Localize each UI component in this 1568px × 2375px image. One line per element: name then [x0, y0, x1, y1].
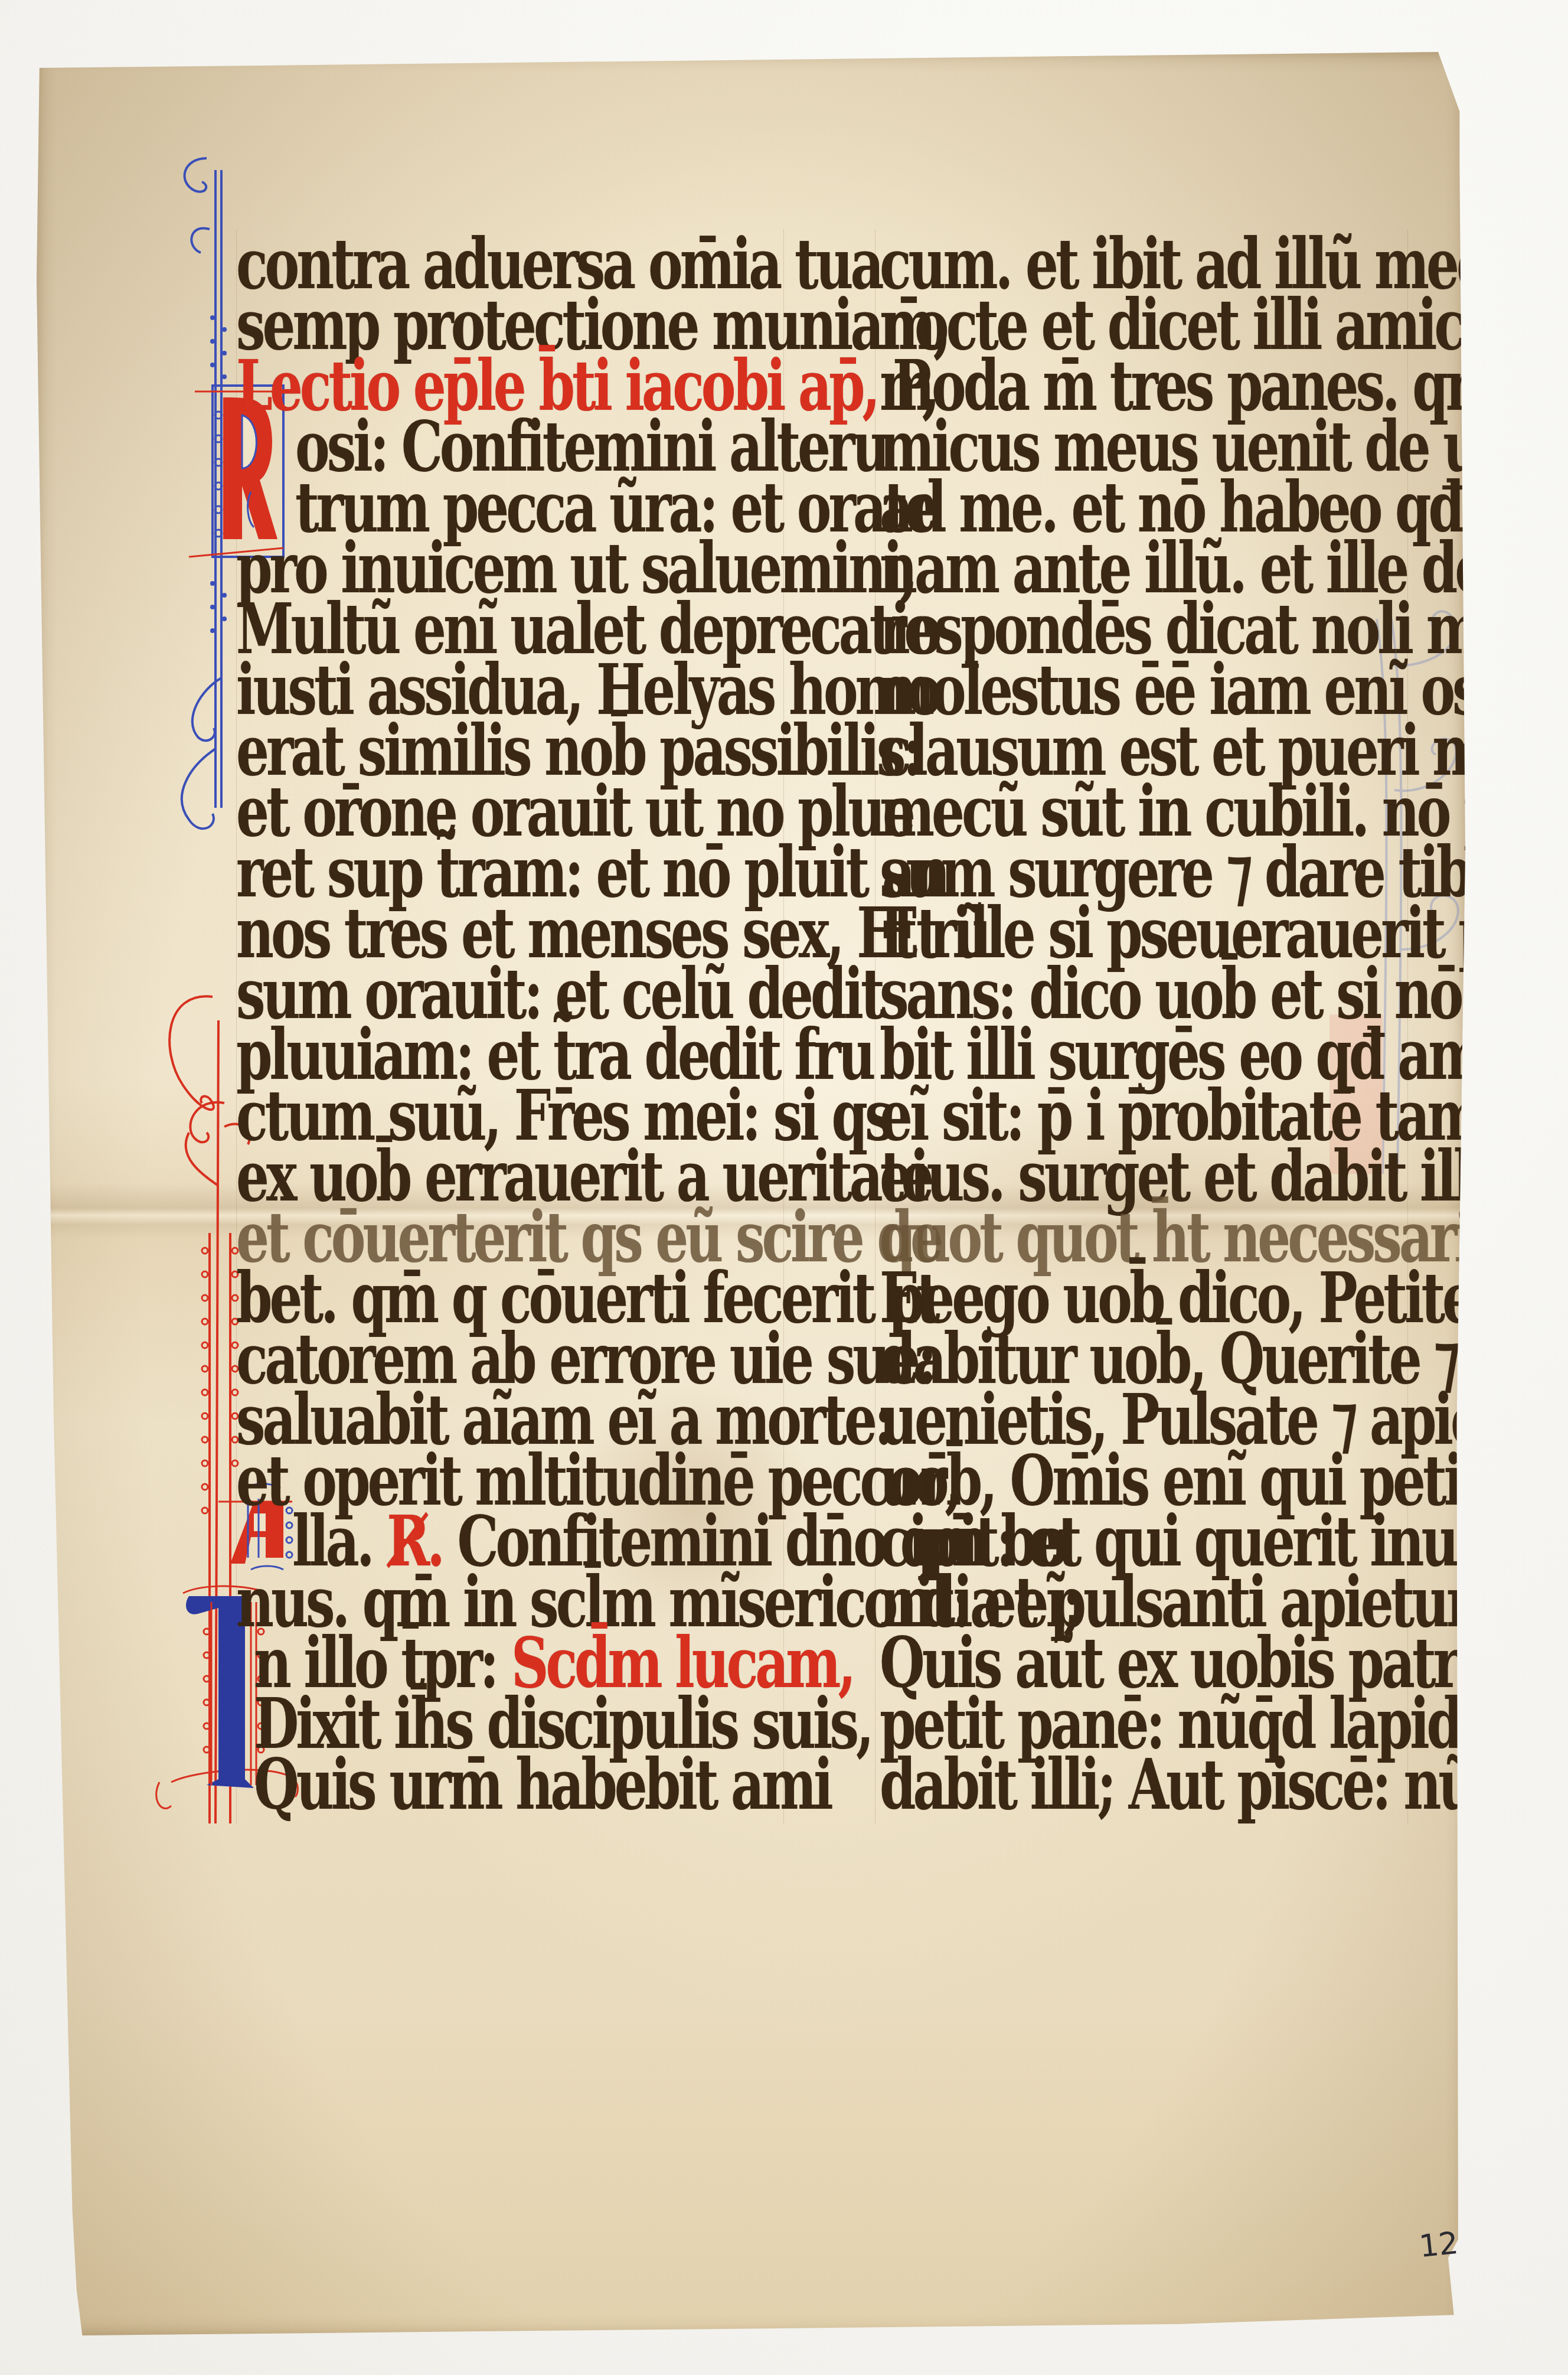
text-line: Quis urm̄ habebit ami — [254, 1749, 831, 1819]
folio-number: 12 — [1417, 2226, 1460, 2265]
text-line: dabit illi; Aut piscē: nũ — [880, 1749, 1473, 1819]
manuscript-leaf: contra aduersa om̄ia tua semp protection… — [37, 52, 1465, 2335]
